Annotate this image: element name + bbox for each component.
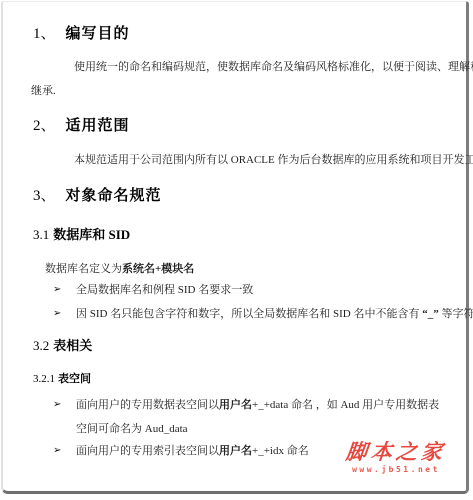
arrow-bullet-icon: ➢ [53,393,76,417]
heading-31-number: 3.1 [33,227,49,242]
bullet-31-2-text: 因 SID 名只能包含字符和数字，所以全局数据库名和 SID 名中不能含有 “_… [76,302,473,326]
heading-3-naming: 3、对象命名规范 [33,186,162,206]
arrow-bullet-icon: ➢ [53,439,76,463]
bullet-31-2-pre: 因 SID 名只能包含字符和数字，所以全局数据库名和 SID 名中不能含有 [76,308,422,320]
bullet-321-2-text: 面向用户的专用索引表空间以用户名+_+idx 命名 [76,439,309,463]
list-item: ➢ 全局数据库名和例程 SID 名要求一致 [53,278,253,302]
list-item: ➢ 面向用户的专用数据表空间以用户名+_+data 命名 ，如 Aud 用户专用… [53,393,449,441]
jb51-watermark-logo: 脚本之家 [345,440,448,464]
list-item: ➢ 因 SID 名只能包含字符和数字，所以全局数据库名和 SID 名中不能含有 … [53,302,473,326]
paragraph-purpose-line2: 继承. [31,79,473,103]
heading-3-number: 3、 [33,188,56,204]
heading-2-title: 适用范围 [66,118,130,134]
heading-32-table: 3.2表相关 [33,337,92,355]
heading-1-title: 编写目的 [66,26,130,42]
heading-31-database-sid: 3.1数据库和 SID [33,226,130,244]
heading-1-number: 1、 [33,26,56,42]
heading-321-number: 3.2.1 [33,373,55,385]
heading-321-title: 表空间 [58,373,91,385]
bullet-321-2-pre: 面向用户的专用索引表空间以 [76,445,219,457]
jb51-watermark-url: www.jb51.net [346,465,446,474]
bullet-321-1-pre: 面向用户的专用数据表空间以 [76,399,219,411]
bullet-321-2-post: +_+idx 命名 [252,445,309,457]
heading-31-title: 数据库和 SID [53,227,130,242]
bullet-321-2-bold: 用户名 [219,445,252,457]
definition-regular-text: 数据库名定义为 [45,263,122,275]
heading-32-number: 3.2 [33,338,49,353]
heading-321-tablespace: 3.2.1表空间 [33,371,91,387]
paragraph-scope: 本规范适用于公司范围内所有以 ORACLE 作为后台数据库的应用系统和项目开发工… [31,148,473,172]
list-item: ➢ 面向用户的专用索引表空间以用户名+_+idx 命名 [53,439,309,463]
document-page: 1、编写目的 使用统一的命名和编码规范，使数据库命名及编码风格标准化，以便于阅读… [1,1,469,494]
heading-1-purpose: 1、编写目的 [33,24,130,44]
bullet-31-2-post: 等字符 [439,308,473,320]
jb51-watermark: 脚本之家 www.jb51.net [346,440,446,474]
bullet-321-1-text: 面向用户的专用数据表空间以用户名+_+data 命名 ，如 Aud 用户专用数据… [76,393,449,441]
paragraph-purpose: 使用统一的命名和编码规范，使数据库命名及编码风格标准化，以便于阅读、理解和 继承… [31,55,473,103]
arrow-bullet-icon: ➢ [53,278,76,302]
bullet-31-1-text: 全局数据库名和例程 SID 名要求一致 [76,278,253,302]
bullet-321-1-bold: 用户名 [219,399,252,411]
heading-3-title: 对象命名规范 [66,188,162,204]
bullet-31-2-bold: “_” [422,308,439,320]
heading-32-title: 表相关 [53,338,92,353]
definition-bold-text: 系统名+模块名 [122,263,194,275]
heading-2-number: 2、 [33,118,56,134]
heading-2-scope: 2、适用范围 [33,116,130,136]
arrow-bullet-icon: ➢ [53,302,76,326]
paragraph-purpose-line1: 使用统一的命名和编码规范，使数据库命名及编码风格标准化，以便于阅读、理解和 [31,55,473,79]
